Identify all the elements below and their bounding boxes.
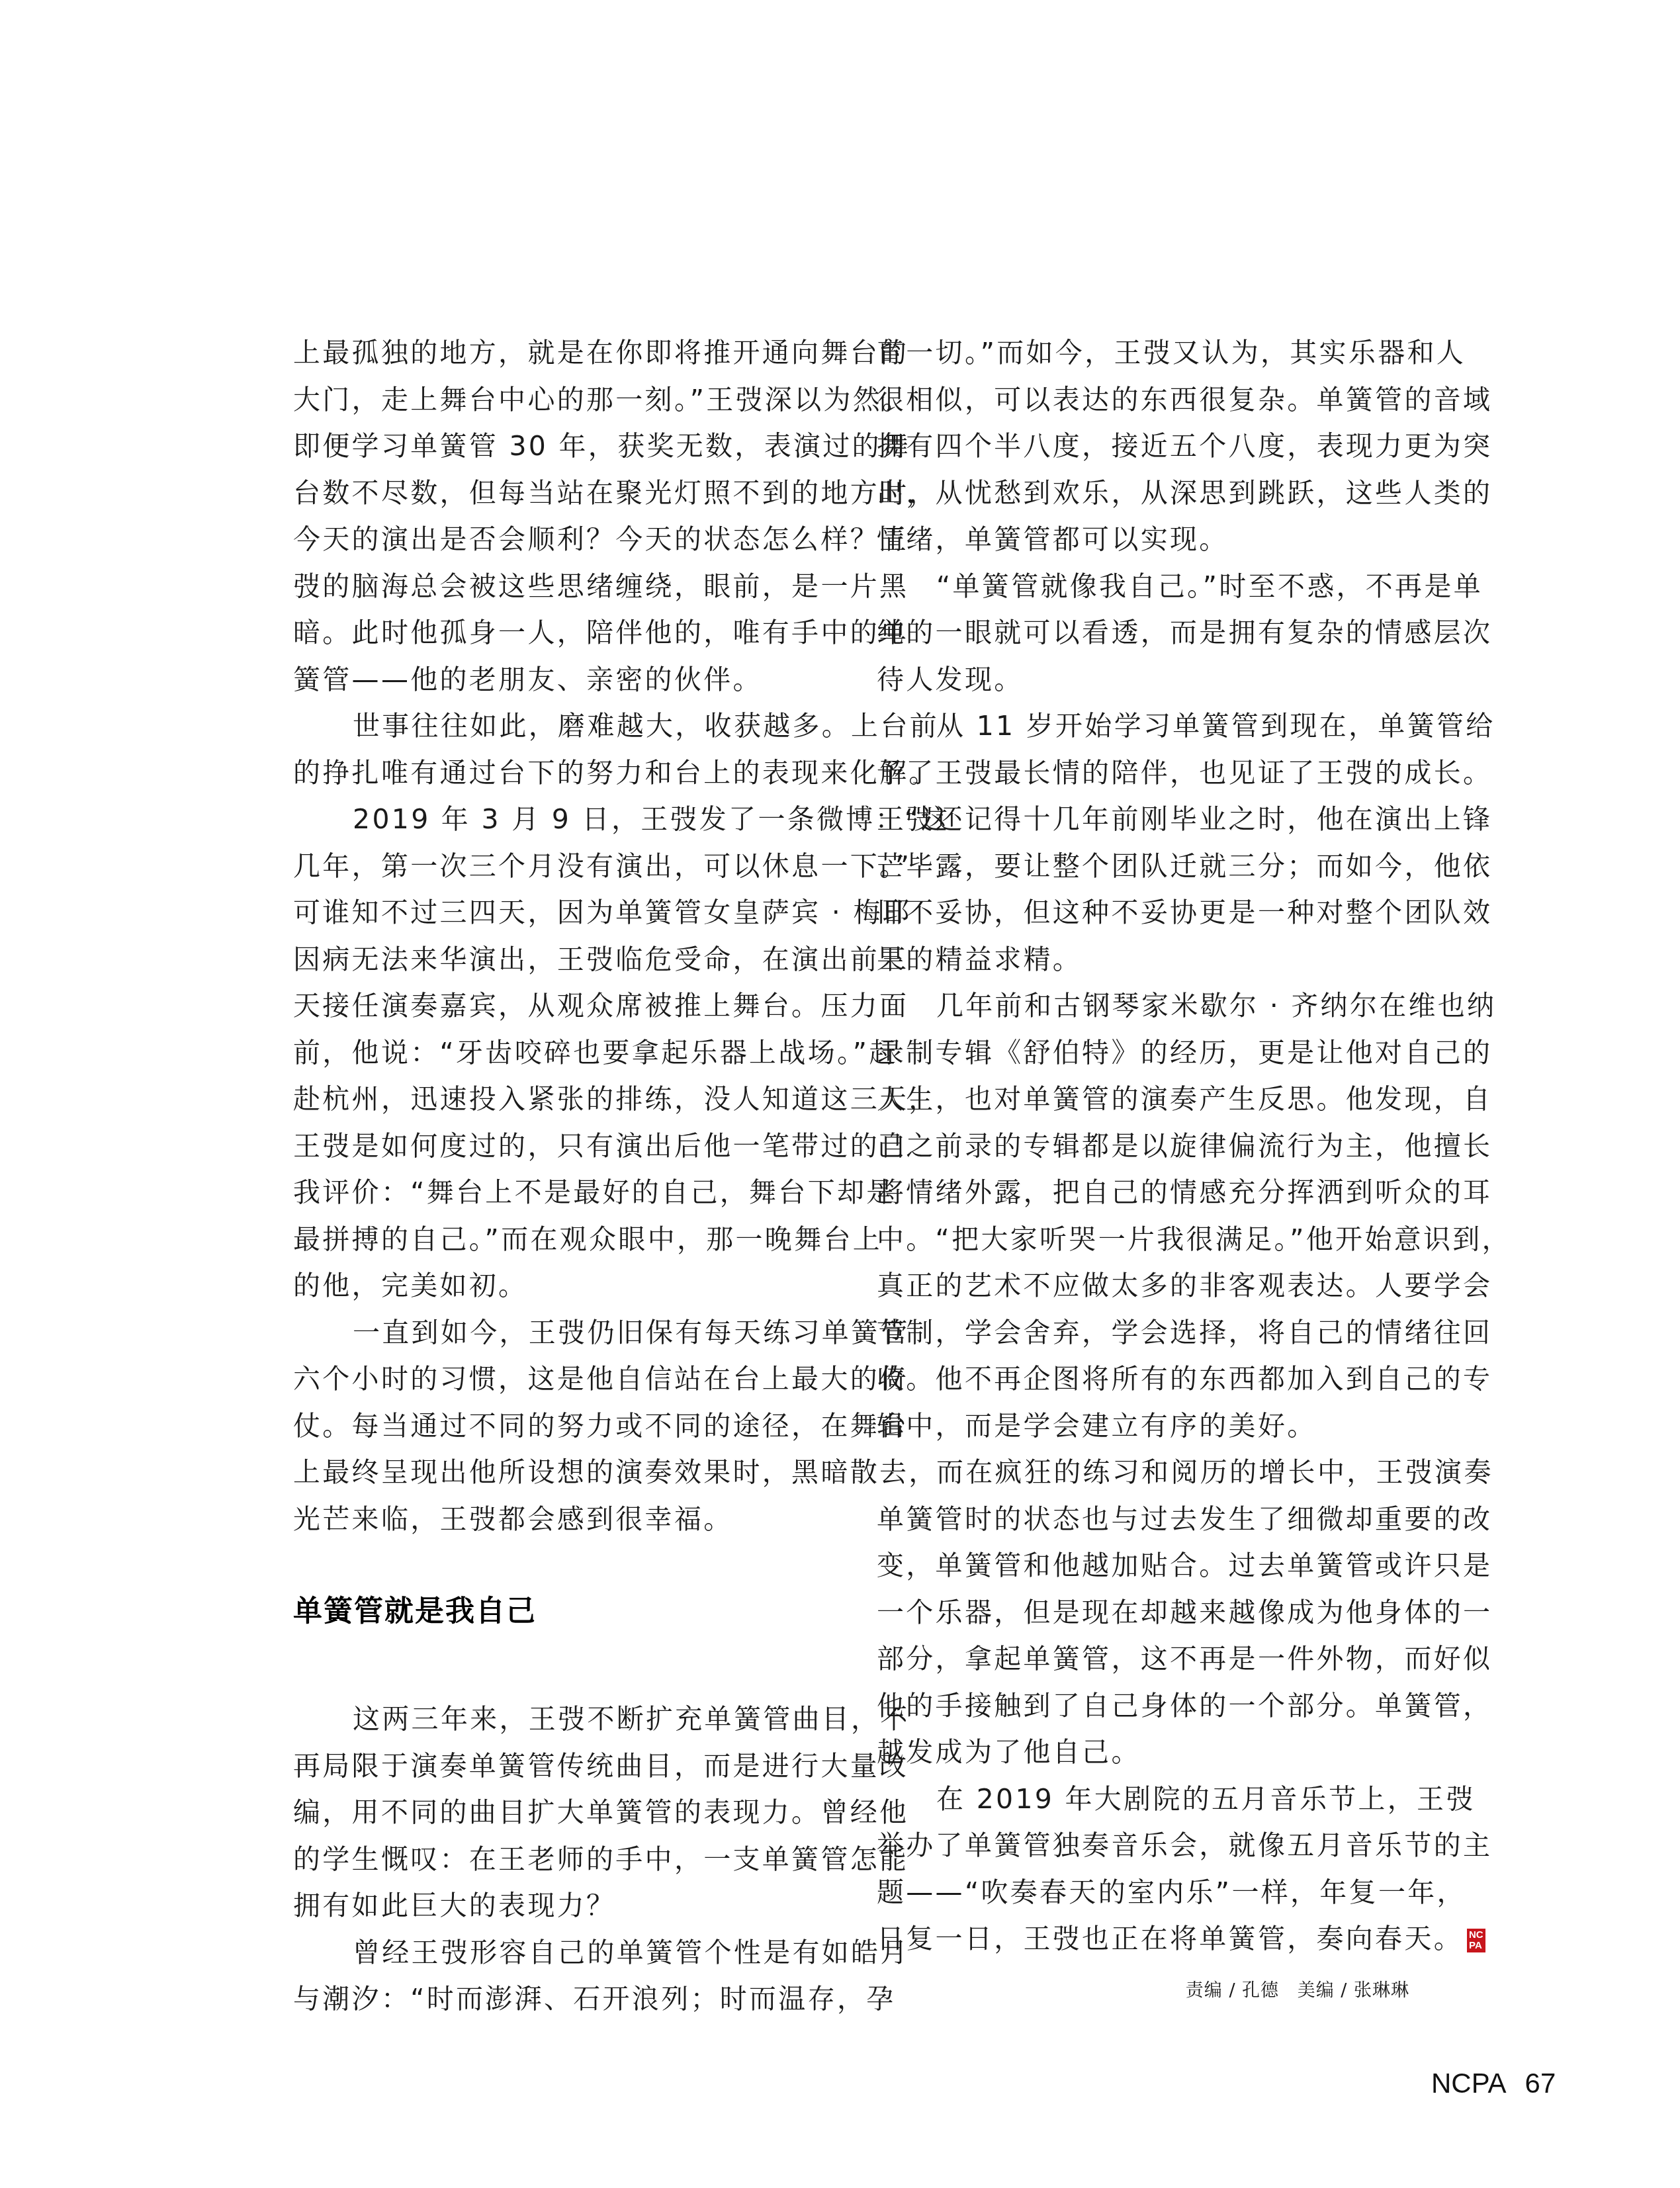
text-line: 拥有四个半八度，接近五个八度，表现力更为突 xyxy=(877,423,1413,470)
text-line: 情绪，单簧管都可以实现。 xyxy=(877,516,1413,563)
text-line-content: 上最孤独的地方，就是在你即将推开通向舞台的 xyxy=(293,337,908,369)
text-line: 上最终呈现出他所设想的演奏效果时，黑暗散去， xyxy=(293,1449,829,1496)
text-line: 的挣扎唯有通过台下的努力和台上的表现来化解。 xyxy=(293,750,829,797)
paragraph: 育一切。”而如今，王弢又认为，其实乐器和人很相似，可以表达的东西很复杂。单簧管的… xyxy=(877,329,1413,563)
editor-label: 责编 xyxy=(1186,1980,1223,2001)
text-line: 纯的一眼就可以看透，而是拥有复杂的情感层次 xyxy=(877,609,1413,656)
text-line: 再局限于演奏单簧管传统曲目，而是进行大量改 xyxy=(293,1743,829,1790)
text-line: 辑中，而是学会建立有序的美好。 xyxy=(877,1403,1413,1450)
text-line-content: 今天的演出是否会顺利？今天的状态怎么样？王 xyxy=(293,523,908,555)
text-line: 予了王弢最长情的陪伴，也见证了王弢的成长。 xyxy=(877,750,1413,797)
text-line: 录制专辑《舒伯特》的经历，更是让他对自己的 xyxy=(877,1029,1413,1076)
text-line: 2019 年 3 月 9 日，王弢发了一条微博：“这 xyxy=(293,796,829,843)
text-line-content: 赴杭州，迅速投入紧张的排练，没人知道这三天， xyxy=(293,1083,938,1115)
paragraph: 曾经王弢形容自己的单簧管个性是有如皓月与潮汐：“时而澎湃、石开浪列；时而温存，孕 xyxy=(293,1929,829,2023)
text-line-content: 的学生慨叹：在王老师的手中，一支单簧管怎能 xyxy=(293,1843,908,1875)
text-line-content: 情绪，单簧管都可以实现。 xyxy=(877,523,1229,555)
text-line-content: 将情绪外露，把自己的情感充分挥洒到听众的耳 xyxy=(877,1176,1492,1208)
editor-name: 孔德 xyxy=(1242,1980,1279,2001)
text-line: 可谁知不过三四天，因为单簧管女皇萨宾 · 梅耶 xyxy=(293,889,829,936)
designer-name: 张琳琳 xyxy=(1354,1980,1409,2001)
paragraph: 2019 年 3 月 9 日，王弢发了一条微博：“这几年，第一次三个月没有演出，… xyxy=(293,796,829,1309)
text-line: 几年，第一次三个月没有演出，可以休息一下。” xyxy=(293,843,829,890)
text-line: 赴杭州，迅速投入紧张的排练，没人知道这三天， xyxy=(293,1076,829,1123)
text-line: 一个乐器，但是现在却越来越像成为他身体的一 xyxy=(877,1589,1413,1636)
text-line: 越发成为了他自己。 xyxy=(877,1729,1413,1776)
text-line-content: 2019 年 3 月 9 日，王弢发了一条微博：“这 xyxy=(353,803,950,835)
text-line-content: 而在疯狂的练习和阅历的增长中，王弢演奏 xyxy=(936,1456,1493,1488)
text-line: 台数不尽数，但每当站在聚光灯照不到的地方时， xyxy=(293,470,829,517)
text-line: 节制，学会舍弃，学会选择，将自己的情绪往回 xyxy=(877,1309,1413,1356)
text-line: 题——“吹奏春天的室内乐”一样，年复一年， xyxy=(877,1869,1413,1916)
text-line: 育一切。”而如今，王弢又认为，其实乐器和人 xyxy=(877,329,1413,376)
text-line: 六个小时的习惯，这是他自信站在台上最大的倚 xyxy=(293,1356,829,1403)
paragraph: 这两三年来，王弢不断扩充单簧管曲目，不再局限于演奏单簧管传统曲目，而是进行大量改… xyxy=(293,1696,829,1929)
text-line: 而在疯狂的练习和阅历的增长中，王弢演奏 xyxy=(877,1449,1413,1496)
text-line: 待人发现。 xyxy=(877,656,1413,703)
text-line-content: 芒毕露，要让整个团队迁就三分；而如今，他依 xyxy=(877,850,1492,882)
text-line: 暗。此时他孤身一人，陪伴他的，唯有手中的单 xyxy=(293,609,829,656)
publication-name: NCPA xyxy=(1431,2068,1507,2099)
text-line: 世事往往如此，磨难越大，收获越多。上台前 xyxy=(293,703,829,750)
paragraph: 从 11 岁开始学习单簧管到现在，单簧管给予了王弢最长情的陪伴，也见证了王弢的成… xyxy=(877,703,1413,983)
text-line: 的学生慨叹：在王老师的手中，一支单簧管怎能 xyxy=(293,1836,829,1883)
right-column: 育一切。”而如今，王弢又认为，其实乐器和人很相似，可以表达的东西很复杂。单簧管的… xyxy=(877,329,1413,1962)
text-line-content: 从 11 岁开始学习单簧管到现在，单簧管给 xyxy=(936,710,1495,742)
text-line: 曾经王弢形容自己的单簧管个性是有如皓月 xyxy=(293,1929,829,1976)
text-line: 弢的脑海总会被这些思绪缠绕，眼前，是一片黑 xyxy=(293,563,829,610)
text-line: 与潮汐：“时而澎湃、石开浪列；时而温存，孕 xyxy=(293,1976,829,2023)
paragraph: 而在疯狂的练习和阅历的增长中，王弢演奏单簧管时的状态也与过去发生了细微却重要的改… xyxy=(877,1449,1413,1776)
text-line: 即便学习单簧管 30 年，获奖无数，表演过的舞 xyxy=(293,423,829,470)
text-line-content: 的他，完美如初。 xyxy=(293,1270,527,1301)
text-line-content: 待人发现。 xyxy=(877,664,1024,695)
text-line-content: 节制，学会舍弃，学会选择，将自己的情绪往回 xyxy=(877,1317,1492,1348)
text-line: 今天的演出是否会顺利？今天的状态怎么样？王 xyxy=(293,516,829,563)
ncpa-end-mark-icon: NCPA xyxy=(1467,1929,1485,1952)
text-line-content: 几年，第一次三个月没有演出，可以休息一下。” xyxy=(293,850,911,882)
text-line: 的他，完美如初。 xyxy=(293,1262,829,1309)
text-line: 单簧管时的状态也与过去发生了细微却重要的改 xyxy=(877,1496,1413,1543)
section-heading: 单簧管就是我自己 xyxy=(293,1589,829,1635)
paragraph: 世事往往如此，磨难越大，收获越多。上台前的挣扎唯有通过台下的努力和台上的表现来化… xyxy=(293,703,829,796)
text-line-content: 因病无法来华演出，王弢临危受命，在演出前三 xyxy=(293,943,908,975)
text-line-content: 我评价：“舞台上不是最好的自己，舞台下却是 xyxy=(293,1176,896,1208)
text-line: 真正的艺术不应做太多的非客观表达。人要学会 xyxy=(877,1262,1413,1309)
text-line-content: 举办了单簧管独奏音乐会，就像五月音乐节的主 xyxy=(877,1829,1492,1861)
credit-separator: / xyxy=(1229,1980,1235,2001)
text-line: 这两三年来，王弢不断扩充单簧管曲目，不 xyxy=(293,1696,829,1743)
text-line-content: 弢的脑海总会被这些思绪缠绕，眼前，是一片黑 xyxy=(293,570,908,602)
text-line-content: 前，他说：“牙齿咬碎也要拿起乐器上战场。”赶 xyxy=(293,1037,899,1069)
paragraph: 上最孤独的地方，就是在你即将推开通向舞台的大门，走上舞台中心的那一刻。”王弢深以… xyxy=(293,329,829,703)
text-line: 举办了单簧管独奏音乐会，就像五月音乐节的主 xyxy=(877,1822,1413,1869)
text-line: 天接任演奏嘉宾，从观众席被推上舞台。压力面 xyxy=(293,983,829,1029)
text-line-content: 人生，也对单簧管的演奏产生反思。他发现，自 xyxy=(877,1083,1492,1115)
text-line-content: 纯的一眼就可以看透，而是拥有复杂的情感层次 xyxy=(877,617,1492,648)
text-line-content: 题——“吹奏春天的室内乐”一样，年复一年， xyxy=(877,1876,1466,1908)
paragraph: 一直到如今，王弢仍旧保有每天练习单簧管六个小时的习惯，这是他自信站在台上最大的倚… xyxy=(293,1309,829,1543)
text-line: 前，他说：“牙齿咬碎也要拿起乐器上战场。”赶 xyxy=(293,1029,829,1076)
text-line-content: 收。他不再企图将所有的东西都加入到自己的专 xyxy=(877,1363,1492,1395)
credits-line: 责编 / 孔德 美编 / 张琳琳 xyxy=(877,1976,1409,2001)
page-footer: NCPA67 xyxy=(1431,2068,1556,2099)
text-line-content: 果的精益求精。 xyxy=(877,943,1082,975)
text-line-content: 己之前录的专辑都是以旋律偏流行为主，他擅长 xyxy=(877,1130,1492,1162)
text-line: 编，用不同的曲目扩大单簧管的表现力。曾经他 xyxy=(293,1789,829,1836)
text-line: 仗。每当通过不同的努力或不同的途径，在舞台 xyxy=(293,1403,829,1450)
text-line-content: 拥有四个半八度，接近五个八度，表现力更为突 xyxy=(877,430,1492,462)
text-line-content: 越发成为了他自己。 xyxy=(877,1736,1141,1768)
text-line-content: 上最终呈现出他所设想的演奏效果时，黑暗散去， xyxy=(293,1456,938,1488)
text-line-content: 台数不尽数，但每当站在聚光灯照不到的地方时， xyxy=(293,477,938,509)
text-line: 我评价：“舞台上不是最好的自己，舞台下却是 xyxy=(293,1169,829,1216)
text-line-content: 暗。此时他孤身一人，陪伴他的，唯有手中的单 xyxy=(293,617,908,648)
text-line-content: 曾经王弢形容自己的单簧管个性是有如皓月 xyxy=(353,1937,910,1968)
text-line-content: 育一切。”而如今，王弢又认为，其实乐器和人 xyxy=(877,337,1466,369)
end-mark-bottom: PA xyxy=(1469,1941,1483,1951)
text-line-content: 王弢是如何度过的，只有演出后他一笔带过的自 xyxy=(293,1130,908,1162)
text-line-content: 日复一日，王弢也正在将单簧管，奏向春天。 xyxy=(877,1923,1463,1954)
text-line: 他的手接触到了自己身体的一个部分。单簧管， xyxy=(877,1683,1413,1729)
text-line-content: 编，用不同的曲目扩大单簧管的表现力。曾经他 xyxy=(293,1796,908,1828)
text-line-content: 可谁知不过三四天，因为单簧管女皇萨宾 · 梅耶 xyxy=(293,897,912,928)
credit-separator: / xyxy=(1341,1980,1347,2001)
text-line-content: 录制专辑《舒伯特》的经历，更是让他对自己的 xyxy=(877,1037,1492,1069)
text-line-content: 在 2019 年大剧院的五月音乐节上，王弢 xyxy=(936,1783,1476,1815)
page-number: 67 xyxy=(1525,2068,1556,2099)
text-line: 将情绪外露，把自己的情感充分挥洒到听众的耳 xyxy=(877,1169,1413,1216)
text-line-content: 中。“把大家听哭一片我很满足。”他开始意识到， xyxy=(877,1223,1511,1255)
text-line-content: 一直到如今，王弢仍旧保有每天练习单簧管 xyxy=(353,1317,910,1348)
text-line-content: 王弢还记得十几年前刚毕业之时，他在演出上锋 xyxy=(877,803,1492,835)
text-line-content: 辑中，而是学会建立有序的美好。 xyxy=(877,1410,1317,1442)
text-line: 王弢还记得十几年前刚毕业之时，他在演出上锋 xyxy=(877,796,1413,843)
text-line: 芒毕露，要让整个团队迁就三分；而如今，他依 xyxy=(877,843,1413,890)
text-line: 出，从忧愁到欢乐，从深思到跳跃，这些人类的 xyxy=(877,470,1413,517)
text-line-content: 拥有如此巨大的表现力？ xyxy=(293,1890,615,1921)
text-line-content: 很相似，可以表达的东西很复杂。单簧管的音域 xyxy=(877,384,1492,416)
text-line: 很相似，可以表达的东西很复杂。单簧管的音域 xyxy=(877,376,1413,423)
paragraph: 几年前和古钢琴家米歇尔 · 齐纳尔在维也纳录制专辑《舒伯特》的经历，更是让他对自… xyxy=(877,983,1413,1449)
text-line-content: 几年前和古钢琴家米歇尔 · 齐纳尔在维也纳 xyxy=(936,990,1496,1022)
text-line-content: 的挣扎唯有通过台下的努力和台上的表现来化解。 xyxy=(293,757,938,789)
text-line-content: 一个乐器，但是现在却越来越像成为他身体的一 xyxy=(877,1597,1492,1628)
text-line: 部分，拿起单簧管，这不再是一件外物，而好似 xyxy=(877,1636,1413,1683)
text-line: 因病无法来华演出，王弢临危受命，在演出前三 xyxy=(293,936,829,983)
text-line-content: 天接任演奏嘉宾，从观众席被推上舞台。压力面 xyxy=(293,990,908,1022)
text-line-content: 即便学习单簧管 30 年，获奖无数，表演过的舞 xyxy=(293,430,910,462)
paragraph: “单簧管就像我自己。”时至不惑，不再是单纯的一眼就可以看透，而是拥有复杂的情感层… xyxy=(877,563,1413,703)
text-line-content: 予了王弢最长情的陪伴，也见证了王弢的成长。 xyxy=(877,757,1492,789)
text-line-content: 部分，拿起单簧管，这不再是一件外物，而好似 xyxy=(877,1643,1492,1675)
text-line: 大门，走上舞台中心的那一刻。”王弢深以为然。 xyxy=(293,376,829,423)
text-line: 最拼搏的自己。”而在观众眼中，那一晚舞台上 xyxy=(293,1216,829,1263)
text-line: 上最孤独的地方，就是在你即将推开通向舞台的 xyxy=(293,329,829,376)
text-line: 果的精益求精。 xyxy=(877,936,1413,983)
text-line: 拥有如此巨大的表现力？ xyxy=(293,1882,829,1929)
text-line-content: 最拼搏的自己。”而在观众眼中，那一晚舞台上 xyxy=(293,1223,882,1255)
text-line: 一直到如今，王弢仍旧保有每天练习单簧管 xyxy=(293,1309,829,1356)
text-line-content: 世事往往如此，磨难越大，收获越多。上台前 xyxy=(353,710,939,742)
text-line: 变，单簧管和他越加贴合。过去单簧管或许只是 xyxy=(877,1542,1413,1589)
text-line-content: 变，单簧管和他越加贴合。过去单簧管或许只是 xyxy=(877,1550,1492,1581)
paragraph: 在 2019 年大剧院的五月音乐节上，王弢举办了单簧管独奏音乐会，就像五月音乐节… xyxy=(877,1776,1413,1962)
text-line-content: 仗。每当通过不同的努力或不同的途径，在舞台 xyxy=(293,1410,908,1442)
text-line-content: 六个小时的习惯，这是他自信站在台上最大的倚 xyxy=(293,1363,908,1395)
text-line-content: 光芒来临，王弢都会感到很幸福。 xyxy=(293,1503,733,1535)
text-line-content: 真正的艺术不应做太多的非客观表达。人要学会 xyxy=(877,1270,1492,1301)
text-line: 王弢是如何度过的，只有演出后他一笔带过的自 xyxy=(293,1123,829,1170)
text-line: 簧管——他的老朋友、亲密的伙伴。 xyxy=(293,656,829,703)
text-line-content: 簧管——他的老朋友、亲密的伙伴。 xyxy=(293,664,762,695)
text-line: 旧不妥协，但这种不妥协更是一种对整个团队效 xyxy=(877,889,1413,936)
end-mark-top: NC xyxy=(1469,1930,1483,1941)
text-line-content: 再局限于演奏单簧管传统曲目，而是进行大量改 xyxy=(293,1750,908,1782)
text-line: 人生，也对单簧管的演奏产生反思。他发现，自 xyxy=(877,1076,1413,1123)
text-line-content: 单簧管时的状态也与过去发生了细微却重要的改 xyxy=(877,1503,1492,1535)
designer-label: 美编 xyxy=(1298,1980,1335,2001)
text-line-content: 他的手接触到了自己身体的一个部分。单簧管， xyxy=(877,1690,1492,1722)
text-line-content: 大门，走上舞台中心的那一刻。”王弢深以为然。 xyxy=(293,384,911,416)
text-line-content: “单簧管就像我自己。”时至不惑，不再是单 xyxy=(936,570,1483,602)
text-line: 几年前和古钢琴家米歇尔 · 齐纳尔在维也纳 xyxy=(877,983,1413,1029)
text-line-content: 出，从忧愁到欢乐，从深思到跳跃，这些人类的 xyxy=(877,477,1492,509)
text-line: 收。他不再企图将所有的东西都加入到自己的专 xyxy=(877,1356,1413,1403)
text-line: 在 2019 年大剧院的五月音乐节上，王弢 xyxy=(877,1776,1413,1823)
text-line: 光芒来临，王弢都会感到很幸福。 xyxy=(293,1496,829,1543)
text-line: “单簧管就像我自己。”时至不惑，不再是单 xyxy=(877,563,1413,610)
text-line-content: 这两三年来，王弢不断扩充单簧管曲目，不 xyxy=(353,1703,910,1735)
text-line: 己之前录的专辑都是以旋律偏流行为主，他擅长 xyxy=(877,1123,1413,1170)
text-line-content: 旧不妥协，但这种不妥协更是一种对整个团队效 xyxy=(877,897,1492,928)
text-line-content: 与潮汐：“时而澎湃、石开浪列；时而温存，孕 xyxy=(293,1983,896,2015)
left-column: 上最孤独的地方，就是在你即将推开通向舞台的大门，走上舞台中心的那一刻。”王弢深以… xyxy=(293,329,829,2023)
text-line: 日复一日，王弢也正在将单簧管，奏向春天。NCPA xyxy=(877,1915,1413,1962)
text-line: 中。“把大家听哭一片我很满足。”他开始意识到， xyxy=(877,1216,1413,1263)
text-line: 从 11 岁开始学习单簧管到现在，单簧管给 xyxy=(877,703,1413,750)
